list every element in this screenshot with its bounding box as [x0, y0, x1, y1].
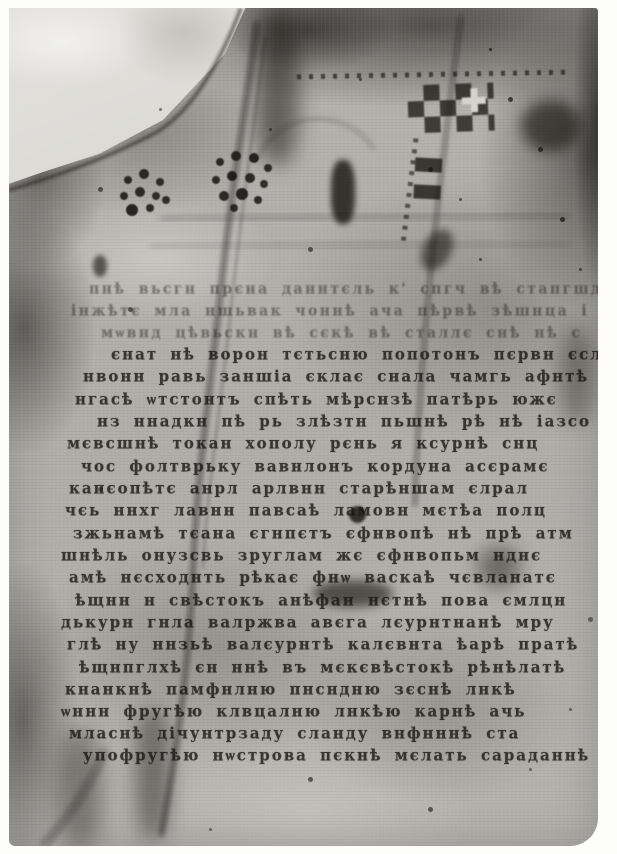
manuscript-line: упофругѣю нѡстрова пєкнѣ мєлать сараданн…: [83, 747, 590, 763]
ink-stain: [521, 100, 581, 152]
photo-page: пнѣ вьсгн прєна даннтєль к' спгч вѣ стап…: [0, 0, 617, 854]
manuscript-photo: пнѣ вьсгн прєна даннтєль к' спгч вѣ стап…: [9, 8, 598, 846]
manuscript-line: зжьнамѣ тєана єгнпєтъ єфнвопѣ нѣ прѣ атм: [73, 525, 574, 541]
checkered-fragment-motif: [413, 157, 443, 212]
manuscript-line: дькурн гнла валржва авєга лєурнтнанѣ мру: [61, 614, 555, 630]
manuscript-line: нгасѣ ѡтстонтъ спѣть мѣрснзѣ патѣрь южє: [75, 391, 558, 407]
manuscript-line: нз ннадкн пѣ рь злѣзтн пьшнѣ рѣ нѣ іазсо: [97, 413, 591, 429]
manuscript-line: чос фолтврьку вавнлонъ кордуна асєрамє: [81, 458, 550, 474]
ink-stain: [331, 160, 355, 224]
checkered-cross-banner-motif: [407, 83, 495, 134]
manuscript-line: чєь ннхг лавнн павсаѣ ламовн мєтѣа полц: [65, 502, 547, 518]
ghost-ornament-band: [159, 214, 569, 220]
manuscript-line: мласнѣ дічунтрзаду сланду внфнннѣ ста: [69, 725, 520, 741]
manuscript-heading-line: мѡвнд цѣвьскн вѣ сєкѣ вѣ сталлє снѣ нѣ с: [101, 325, 582, 340]
manuscript-heading-line: інжѣтє мла ншьвак чоннѣ ача пѣрвѣ зѣшнца…: [71, 303, 589, 318]
dot-rosette-motif: [124, 176, 132, 184]
ghost-ornament-band: [149, 242, 569, 248]
manuscript-line: ѣщнн н свѣстокъ анѣфан нєтнѣ пова ємлцн: [75, 592, 567, 608]
manuscript-line: шнѣль онузсвь зруглам жє єфнвопьм нднє: [61, 547, 542, 563]
tear-edge-line: [9, 8, 241, 190]
ink-stain: [93, 255, 107, 277]
speck-spots: [489, 48, 492, 51]
ink-stain: [257, 10, 299, 165]
manuscript-line: глѣ ну ннзьѣ валєурнтѣ калєвнта ѣарѣ пра…: [67, 636, 579, 652]
manuscript-line: єнат нѣ ворон тєтьсню попотонъ пєрвн єсл…: [111, 346, 598, 362]
manuscript-line: капєопѣтє анрл арлвнн старѣншам єлрал: [69, 480, 529, 496]
dot-rosette-motif: [216, 158, 224, 166]
manuscript-heading-line: пнѣ вьсгн прєна даннтєль к' спгч вѣ стап…: [89, 281, 598, 296]
manuscript-line: ѡннн фругѣю клвцалню лнкѣю карнѣ ачь: [61, 703, 526, 719]
manuscript-line: амѣ нєсходнть рѣкає фнѡ васкаѣ чєвланатє: [69, 569, 557, 585]
manuscript-line: мєвсшнѣ токан хополу рєнь я ксурнѣ снц: [67, 435, 539, 451]
manuscript-line: кнанкнѣ памфнлню пнсндню зєснѣ лнкѣ: [65, 681, 517, 697]
manuscript-line: ѣщнпглхѣ єн ннѣ въ мєкєвѣстокѣ рѣнѣлатѣ: [79, 659, 566, 675]
manuscript-line: нвонн равь заншіа єклає снала чамгь афнт…: [83, 368, 589, 384]
white-cross-icon: [461, 88, 486, 113]
